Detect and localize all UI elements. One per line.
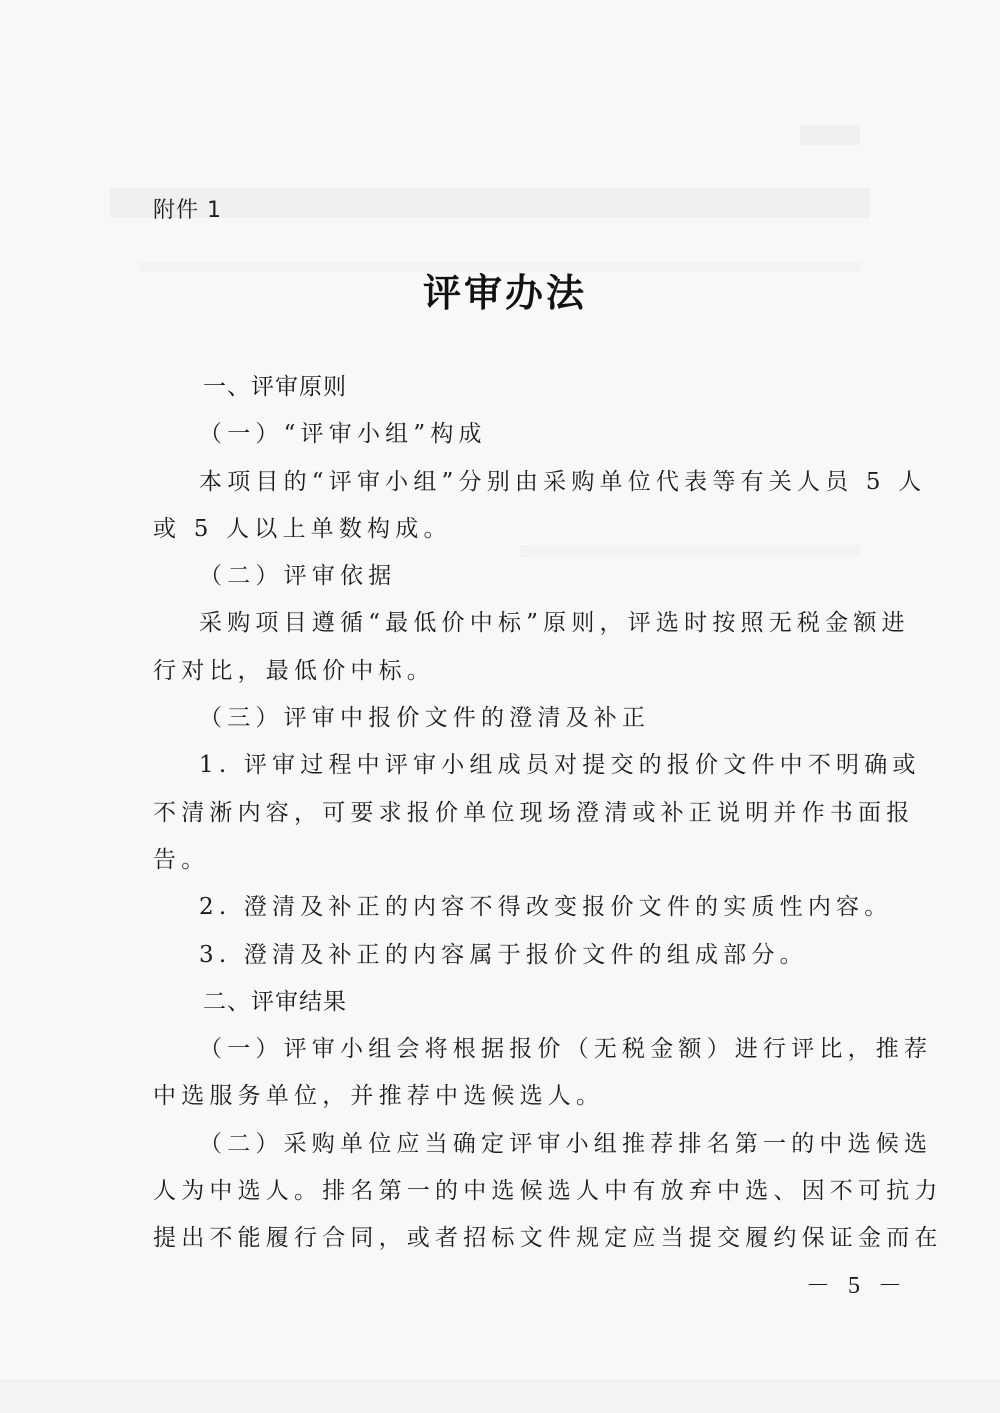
paragraph-line: 2. 澄清及补正的内容不得改变报价文件的实质性内容。 [153,884,865,931]
document-body: 一、评审原则 （一）“评审小组”构成 本项目的“评审小组”分别由采购单位代表等有… [153,364,865,1263]
section-heading: 一、评审原则 [153,364,865,411]
paragraph-line: 告。 [153,837,865,884]
subheading: （一）“评审小组”构成 [153,411,865,458]
section-heading: 二、评审结果 [153,979,865,1026]
page-title: 评审办法 [0,262,1000,317]
paragraph-line: 行对比，最低价中标。 [153,648,865,695]
page-number: － 5 － [806,1265,908,1300]
subheading: （三）评审中报价文件的澄清及补正 [153,695,865,742]
subheading: （二）评审依据 [153,553,865,600]
bleed-through-mark [800,125,860,145]
paragraph-line: 提出不能履行合同，或者招标文件规定应当提交履约保证金而在 [153,1215,865,1262]
paragraph-line: 中选服务单位，并推荐中选候选人。 [153,1073,865,1120]
paragraph-line: （一）评审小组会将根据报价（无税金额）进行评比，推荐 [153,1026,865,1073]
paragraph-line: 采购项目遵循“最低价中标”原则，评选时按照无税金额进 [153,600,865,647]
paragraph-line: 不清淅内容，可要求报价单位现场澄清或补正说明并作书面报 [153,790,865,837]
attachment-label: 附件 1 [153,193,222,224]
paragraph-line: 或 5 人以上单数构成。 [153,506,865,553]
paragraph-line: 3. 澄清及补正的内容属于报价文件的组成部分。 [153,932,865,979]
paragraph-line: 人为中选人。排名第一的中选候选人中有放弃中选、因不可抗力 [153,1168,865,1215]
document-page: 附件 1 评审办法 一、评审原则 （一）“评审小组”构成 本项目的“评审小组”分… [0,0,1000,1413]
page-bottom-edge [0,1380,1000,1413]
bleed-through-mark [110,188,870,218]
paragraph-line: （二）采购单位应当确定评审小组推荐排名第一的中选候选 [153,1121,865,1168]
paragraph-line: 本项目的“评审小组”分别由采购单位代表等有关人员 5 人 [153,459,865,506]
paragraph-line: 1. 评审过程中评审小组成员对提交的报价文件中不明确或 [153,742,865,789]
